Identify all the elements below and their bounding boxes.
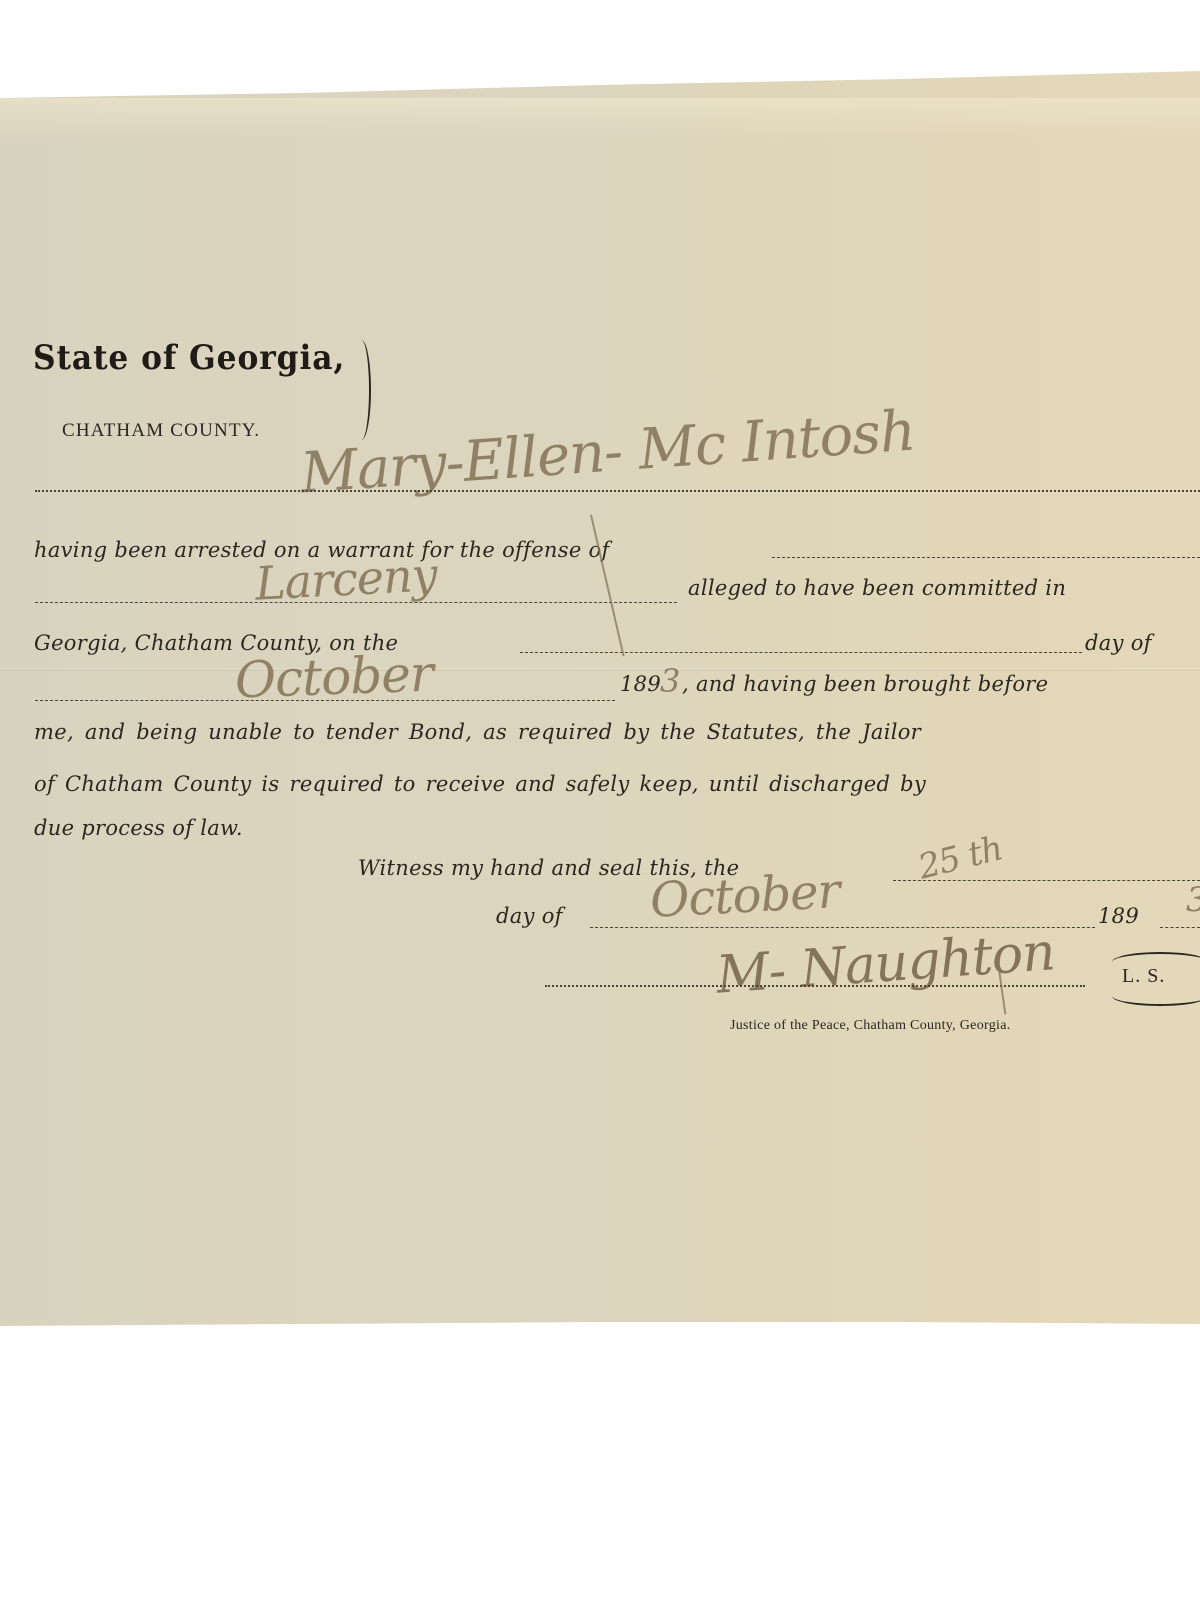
witness-year-prefix: 189	[1098, 904, 1139, 928]
state-heading: State of Georgia,	[33, 338, 345, 378]
header-brace	[355, 340, 371, 440]
document-paper: State of Georgia, CHATHAM COUNTY. Mary-E…	[0, 0, 1200, 1600]
handwritten-day: 25 th	[914, 828, 1006, 887]
month-dash-line	[35, 700, 615, 701]
signature-dotted-line	[545, 985, 1085, 987]
seal-brace-bottom	[1112, 996, 1200, 1006]
county-heading: CHATHAM COUNTY.	[62, 420, 260, 442]
seal-label: L. S.	[1122, 965, 1165, 988]
signature-caption: Justice of the Peace, Chatham County, Ge…	[730, 1018, 1011, 1034]
body-line-due-process: due process of law.	[34, 816, 243, 840]
offense-dash-line	[772, 557, 1200, 558]
handwritten-witness-month: October	[649, 863, 841, 929]
day-of-label: day of	[1085, 631, 1152, 655]
seal-mark: L. S.	[1108, 952, 1200, 1006]
alleged-label: alleged to have been committed in	[688, 576, 1066, 600]
name-dotted-line	[35, 490, 1200, 492]
ink-stroke	[590, 515, 625, 657]
witness-year-line	[1160, 927, 1200, 928]
year-prefix: 189	[620, 672, 661, 696]
handwritten-year-digit: 3	[660, 662, 679, 700]
witness-day-of-label: day of	[496, 904, 563, 928]
fold-crease	[0, 668, 1200, 671]
offense-continue-line	[35, 602, 677, 603]
date-dash-line	[520, 652, 1082, 653]
brought-before-label: , and having been brought before	[682, 672, 1048, 696]
seal-brace-top	[1112, 952, 1200, 962]
justice-signature: M- Naughton	[714, 922, 1056, 1005]
body-line-jailor: of Chatham County is required to receive…	[34, 772, 926, 796]
handwritten-witness-year-digit: 3	[1186, 880, 1200, 920]
body-line-bond: me, and being unable to tender Bond, as …	[34, 720, 921, 744]
